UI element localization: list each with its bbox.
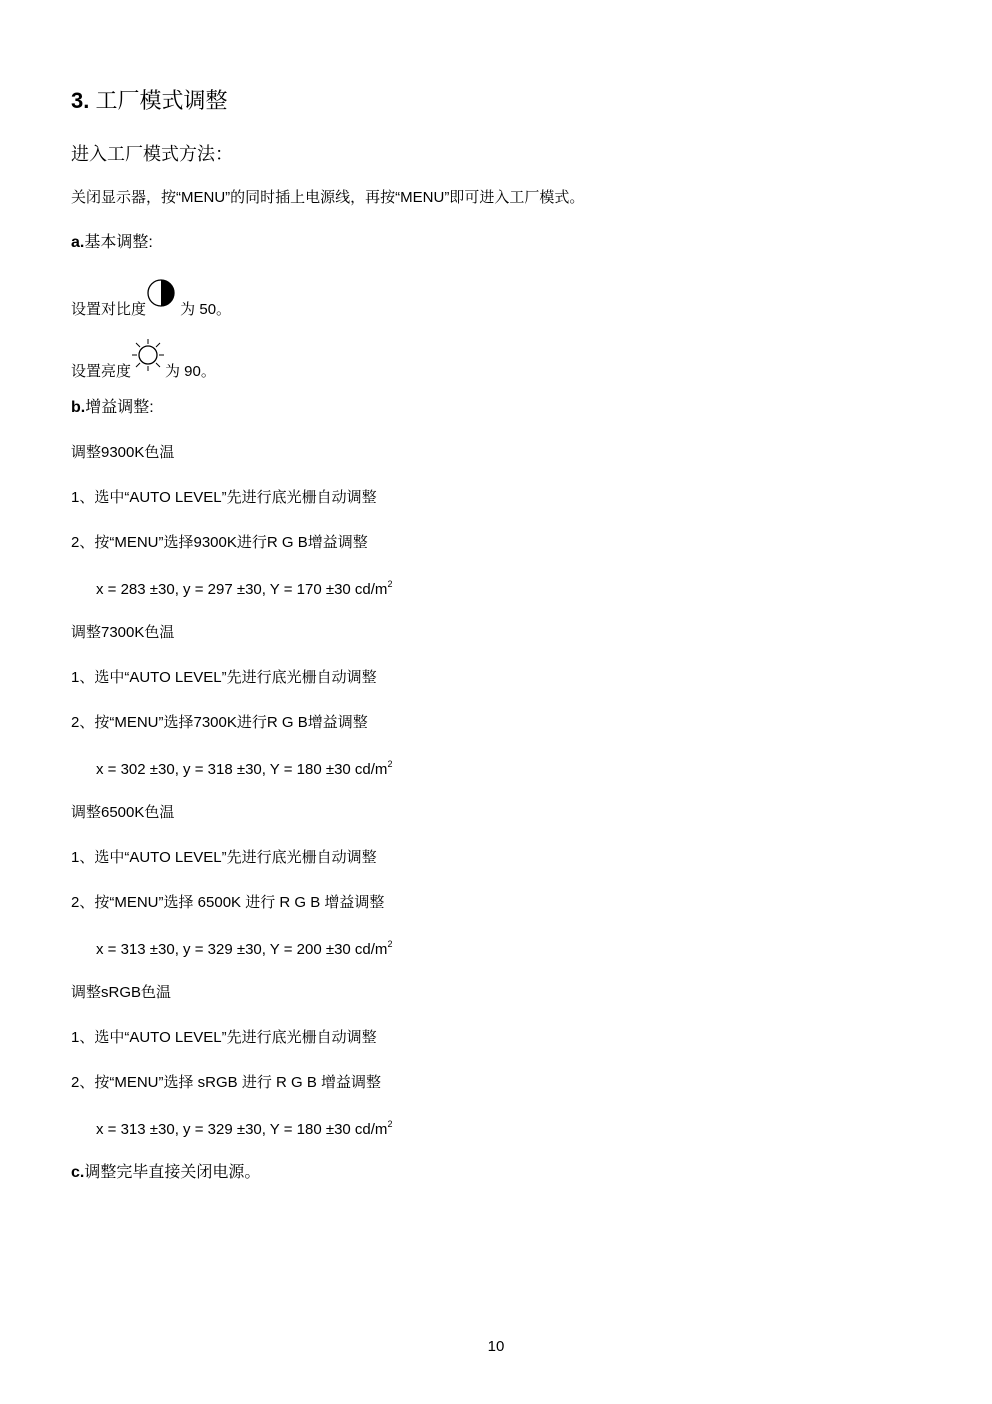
group-7300k-step2: 2、按“MENU”选择7300K进行R G B增益调整: [71, 715, 368, 730]
spec-text: x = 313 ±30, y = 329 ±30, Y = 180 ±30 cd…: [96, 1121, 387, 1138]
group-9300k-step2: 2、按“MENU”选择9300K进行R G B增益调整: [71, 535, 368, 550]
section-number: 3.: [71, 88, 89, 113]
brightness-value: 为 90。: [165, 363, 216, 380]
group-9300k-step1: 1、选中“AUTO LEVEL”先进行底光栅自动调整: [71, 490, 377, 505]
spec-text: x = 283 ±30, y = 297 ±30, Y = 170 ±30 cd…: [96, 581, 387, 598]
group-srgb-step1: 1、选中“AUTO LEVEL”先进行底光栅自动调整: [71, 1030, 377, 1045]
group-6500k-step1: 1、选中“AUTO LEVEL”先进行底光栅自动调整: [71, 850, 377, 865]
finish-text: 调整完毕直接关闭电源。: [84, 1164, 260, 1181]
basic-heading: a.基本调整:: [71, 235, 153, 251]
section-title: 3. 工厂模式调整: [71, 90, 228, 112]
basic-prefix: a.: [71, 234, 84, 251]
page-number: 10: [0, 1338, 992, 1355]
contrast-value: 为 50。: [176, 301, 231, 318]
group-7300k-title: 调整7300K色温: [71, 625, 174, 640]
group-srgb-title: 调整sRGB色温: [71, 985, 171, 1000]
brightness-label: 设置亮度: [71, 363, 131, 380]
brightness-sun-icon: [131, 338, 165, 375]
group-6500k-title: 调整6500K色温: [71, 805, 174, 820]
finish-line: c.调整完毕直接关闭电源。: [71, 1165, 260, 1181]
group-7300k-step1: 1、选中“AUTO LEVEL”先进行底光栅自动调整: [71, 670, 377, 685]
enter-method-text: 关闭显示器，按“MENU”的同时插上电源线，再按“MENU”即可进入工厂模式。: [71, 190, 584, 205]
contrast-label: 设置对比度: [71, 301, 146, 318]
spec-superscript: 2: [387, 579, 392, 589]
spec-superscript: 2: [387, 1119, 392, 1129]
contrast-icon: [146, 278, 176, 311]
group-9300k-title: 调整9300K色温: [71, 445, 174, 460]
group-srgb-spec: x = 313 ±30, y = 329 ±30, Y = 180 ±30 cd…: [96, 1120, 392, 1137]
group-srgb-step2: 2、按“MENU”选择 sRGB 进行 R G B 增益调整: [71, 1075, 381, 1090]
contrast-line: 设置对比度 为 50。: [71, 280, 231, 314]
basic-heading-text: 基本调整:: [84, 234, 152, 251]
finish-prefix: c.: [71, 1164, 84, 1181]
spec-text: x = 302 ±30, y = 318 ±30, Y = 180 ±30 cd…: [96, 761, 387, 778]
brightness-line: 设置亮度 为 90。: [71, 338, 216, 372]
group-9300k-spec: x = 283 ±30, y = 297 ±30, Y = 170 ±30 cd…: [96, 580, 392, 597]
gain-heading: b.增益调整:: [71, 400, 154, 416]
spec-superscript: 2: [387, 939, 392, 949]
spec-superscript: 2: [387, 759, 392, 769]
gain-heading-text: 增益调整:: [85, 399, 153, 416]
gain-prefix: b.: [71, 399, 85, 416]
group-6500k-step2: 2、按“MENU”选择 6500K 进行 R G B 增益调整: [71, 895, 384, 910]
group-6500k-spec: x = 313 ±30, y = 329 ±30, Y = 200 ±30 cd…: [96, 940, 392, 957]
section-title-text: 工厂模式调整: [95, 88, 227, 113]
enter-method-heading: 进入工厂模式方法：: [71, 145, 233, 163]
group-7300k-spec: x = 302 ±30, y = 318 ±30, Y = 180 ±30 cd…: [96, 760, 392, 777]
spec-text: x = 313 ±30, y = 329 ±30, Y = 200 ±30 cd…: [96, 941, 387, 958]
